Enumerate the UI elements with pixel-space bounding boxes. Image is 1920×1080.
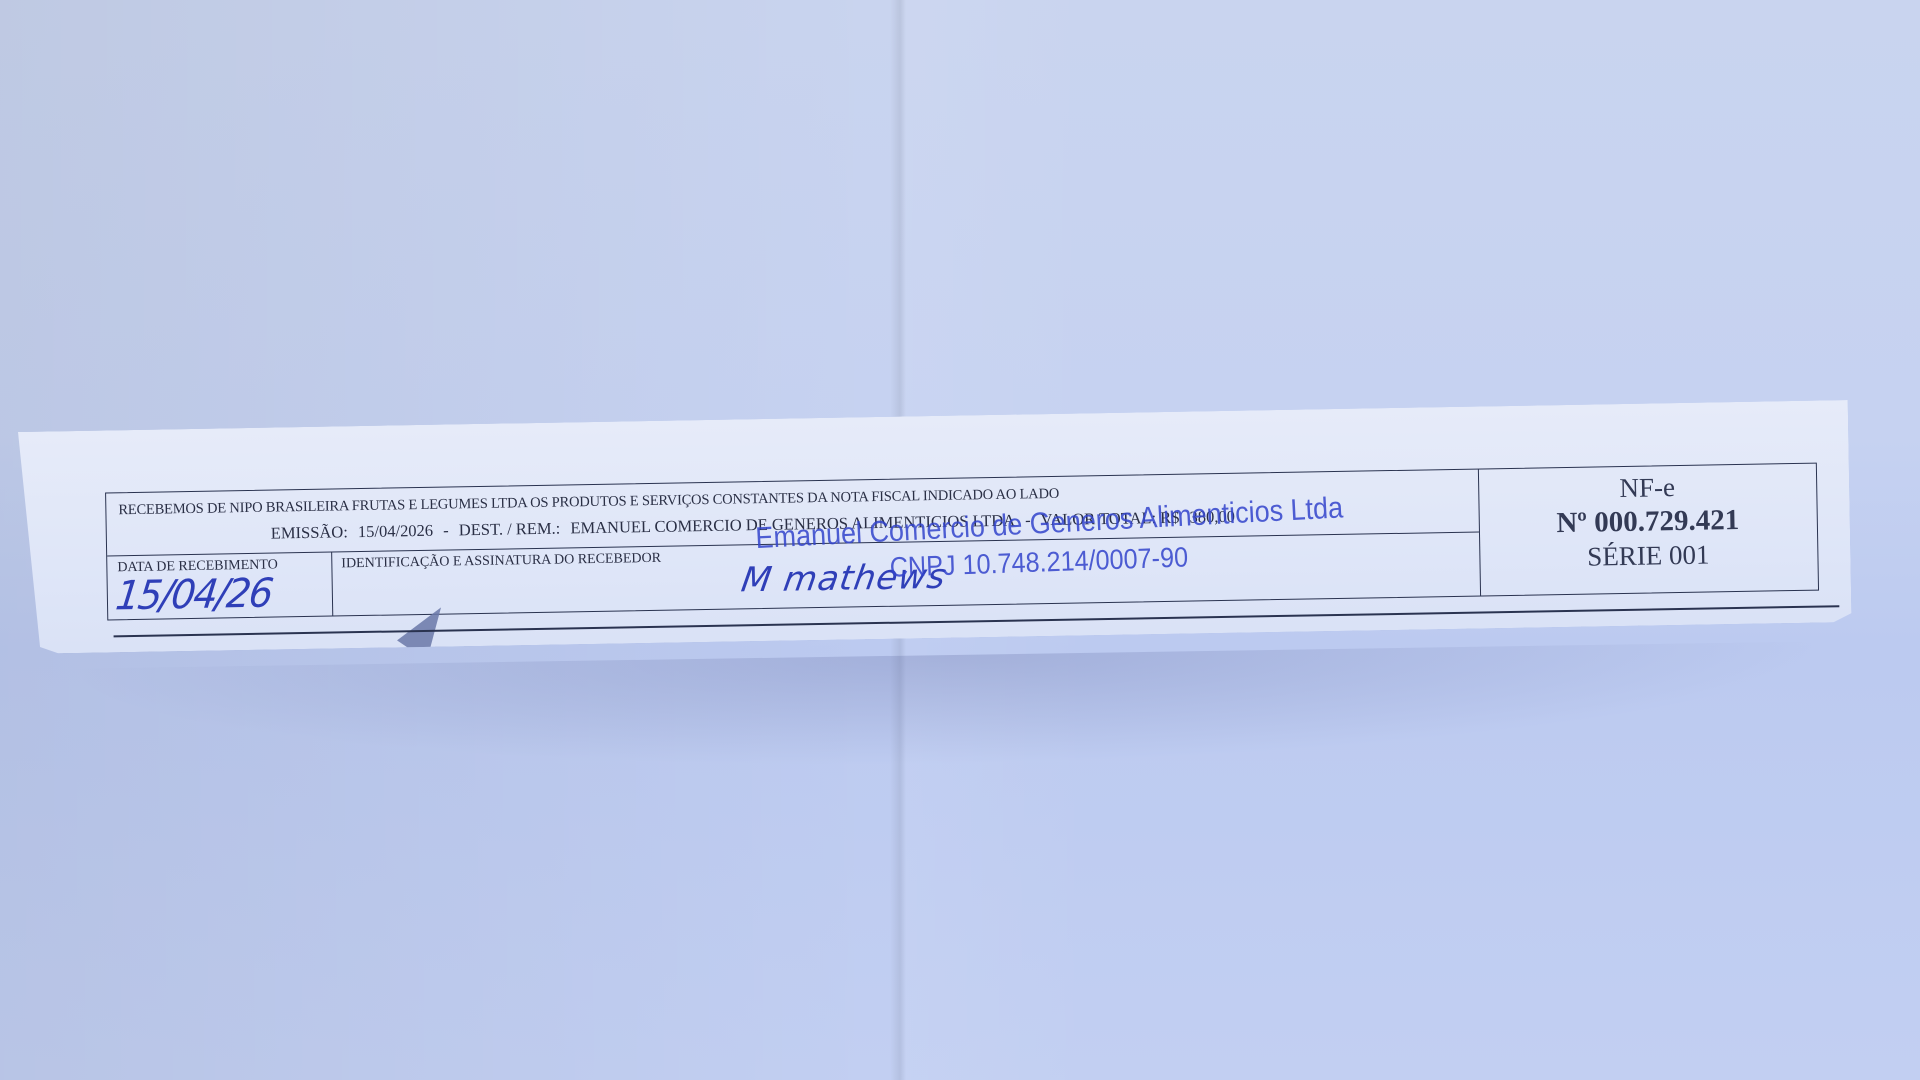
- emission-separator: -: [443, 520, 449, 539]
- paper-shadow: [59, 641, 1841, 779]
- dest-label: DEST. / REM.:: [459, 519, 561, 540]
- nfe-number: Nº 000.729.421: [1479, 503, 1818, 542]
- receipt-date-field: DATA DE RECEBIMENTO 15/04/26: [107, 552, 333, 620]
- emission-label: EMISSÃO:: [271, 522, 348, 542]
- nfe-info-box: NF-e Nº 000.729.421 SÉRIE 001: [1478, 464, 1818, 596]
- nfe-serie: SÉRIE 001: [1479, 538, 1817, 575]
- receipt-date-handwritten: 15/04/26: [113, 571, 274, 620]
- nfe-receipt-stub: RECEBEMOS DE NIPO BRASILEIRA FRUTAS E LE…: [18, 400, 1852, 654]
- nfe-title: NF-e: [1478, 470, 1816, 507]
- receipt-form: RECEBEMOS DE NIPO BRASILEIRA FRUTAS E LE…: [105, 463, 1819, 621]
- emission-date: 15/04/2026: [358, 521, 433, 541]
- receiver-signature-label: IDENTIFICAÇÃO E ASSINATURA DO RECEBEDOR: [341, 551, 661, 573]
